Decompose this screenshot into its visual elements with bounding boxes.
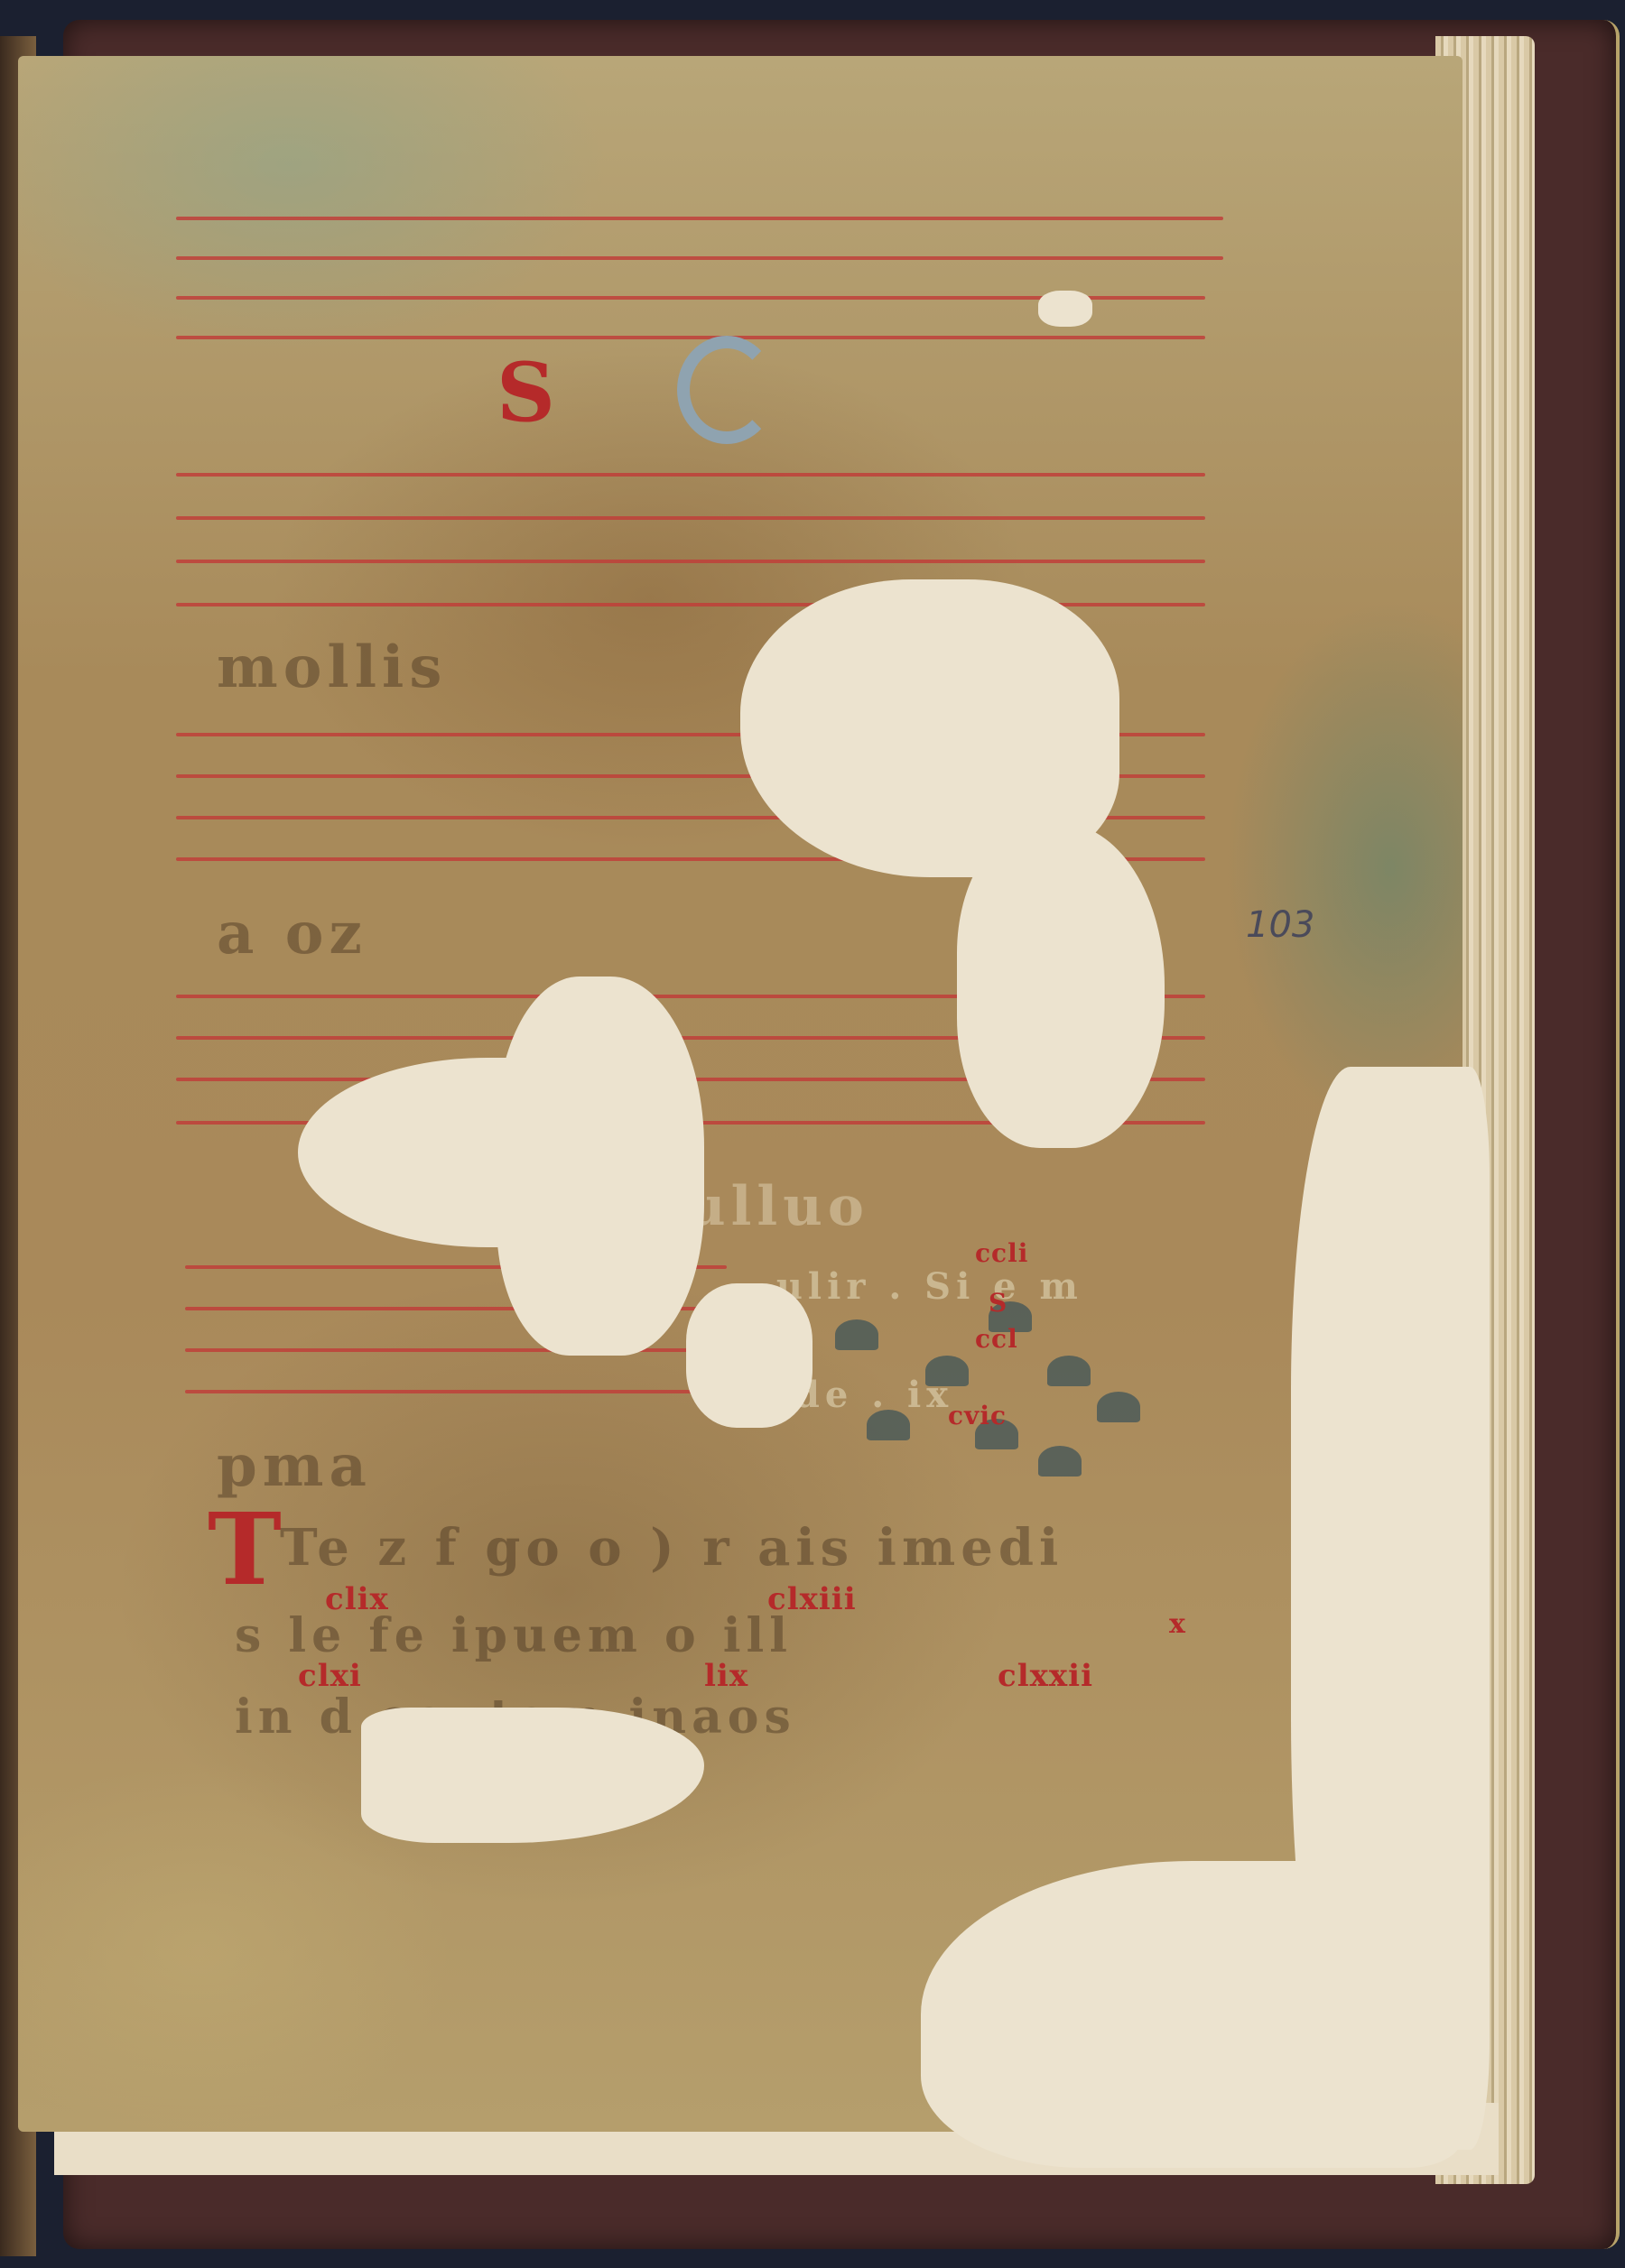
- folio-number: 103: [1246, 904, 1314, 946]
- damage-hole: [497, 977, 704, 1356]
- faded-text-line: a oz: [217, 900, 367, 967]
- rubric-numeral: clix: [325, 1581, 389, 1617]
- rubric-s-initial: S: [497, 345, 556, 440]
- rubric-numeral: clxiii: [767, 1581, 857, 1617]
- rubric-numeral: S: [989, 1288, 1007, 1318]
- faded-text-line: Te z f go o ) r ais imedi: [280, 1518, 1063, 1578]
- neume-mark: [867, 1410, 910, 1440]
- inset-text: ulluo: [686, 1175, 869, 1238]
- damage-hole: [1038, 291, 1092, 327]
- staff-line: [176, 560, 1205, 563]
- rubric-numeral: clxi: [298, 1658, 362, 1694]
- damage-hole: [686, 1283, 812, 1428]
- illuminated-initial-g: [677, 336, 776, 444]
- neume-mark: [1097, 1392, 1140, 1422]
- neume-mark: [1038, 1446, 1082, 1477]
- neume-mark: [835, 1319, 878, 1350]
- staff-line: [176, 256, 1223, 260]
- neume-mark: [925, 1356, 969, 1386]
- staff-line: [185, 1390, 727, 1393]
- staff-line: [176, 336, 1205, 339]
- neume-mark: [1047, 1356, 1091, 1386]
- rubric-numeral: clxxii: [998, 1658, 1093, 1694]
- rubric-numeral: ccli: [975, 1238, 1028, 1268]
- manuscript-page: S T mollis a oz pma Te z f go o ) r ais …: [18, 56, 1462, 2132]
- faded-text-line: mollis: [217, 634, 447, 701]
- faded-text-line: pma: [217, 1432, 372, 1500]
- staff-line: [176, 473, 1205, 477]
- staff-line: [176, 516, 1205, 520]
- rubric-numeral: lix: [704, 1658, 748, 1694]
- damage-hole: [957, 823, 1165, 1148]
- rubric-numeral: x: [1169, 1608, 1186, 1640]
- damage-hole: [361, 1708, 704, 1843]
- faded-text-line: s le fe ipuem o ill: [235, 1608, 793, 1663]
- rubric-numeral: ccl: [975, 1324, 1018, 1354]
- rubric-numeral: cvic: [948, 1401, 1007, 1430]
- damage-hole: [921, 1861, 1462, 2168]
- staff-line: [176, 217, 1223, 220]
- large-red-initial-t: T: [208, 1491, 282, 1607]
